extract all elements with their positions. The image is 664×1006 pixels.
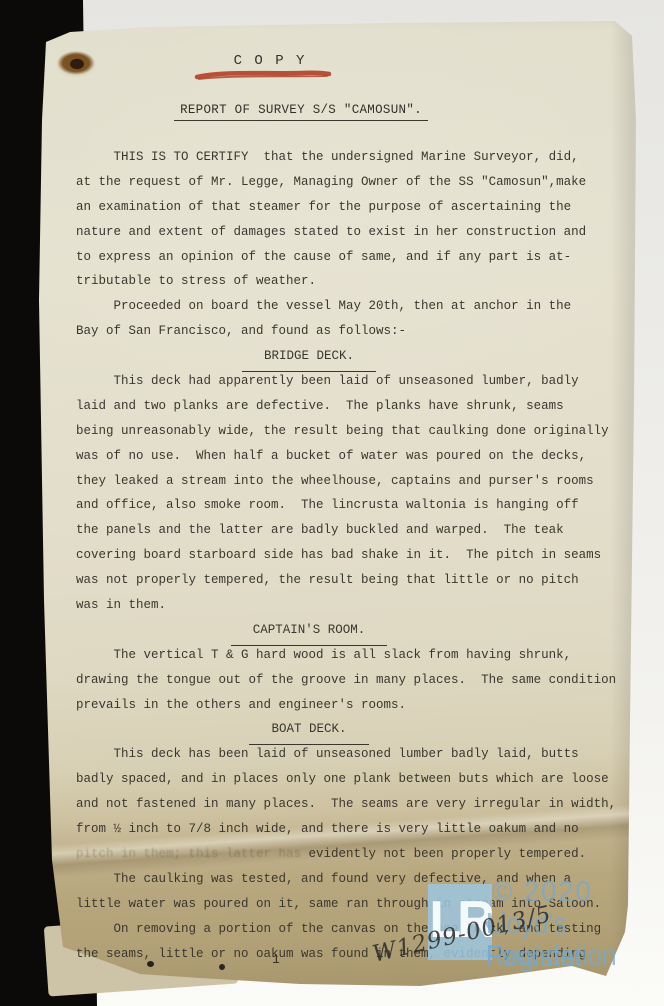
document-line: prevails in the others and engineer's ro…: [76, 693, 630, 718]
document-line: an examination of that steamer for the p…: [76, 195, 630, 220]
section-heading: CAPTAIN'S ROOM.: [231, 618, 388, 646]
ink-dot: [219, 964, 225, 970]
document-line: badly spaced, and in places only one pla…: [76, 767, 630, 792]
rusty-staple-mark: [50, 46, 102, 82]
document-line: and not fastened in many places. The sea…: [76, 792, 630, 817]
document-line: The caulking was tested, and found very …: [76, 867, 630, 892]
document-body: THIS IS TO CERTIFY that the undersigned …: [76, 145, 630, 966]
document-line: and office, also smoke room. The lincrus…: [76, 493, 630, 518]
document-line: pitch in them; this latter has evidently…: [76, 842, 630, 867]
page-number: 1: [272, 952, 280, 967]
section-heading: BRIDGE DECK.: [242, 344, 376, 372]
document-line: to express an opinion of the cause of sa…: [76, 245, 630, 270]
document-line: covering board starboard side has bad sh…: [76, 543, 630, 568]
document-line: Proceeded on board the vessel May 20th, …: [76, 294, 630, 319]
faded-text: pitch in them; this latter has: [76, 847, 309, 861]
section-heading-row: BOAT DECK.: [32, 717, 586, 742]
document-line: This deck had apparently been laid of un…: [76, 369, 630, 394]
document-line: was of no use. When half a bucket of wat…: [76, 444, 630, 469]
red-pencil-underline: [193, 68, 333, 84]
document-line: laid and two planks are defective. The p…: [76, 394, 630, 419]
document-line: This deck has been laid of unseasoned lu…: [76, 742, 630, 767]
report-title: REPORT OF SURVEY S/S "CAMOSUN".: [160, 100, 442, 121]
section-heading-row: BRIDGE DECK.: [32, 344, 586, 369]
document-line: nature and extent of damages stated to e…: [76, 220, 630, 245]
document-line: they leaked a stream into the wheelhouse…: [76, 469, 630, 494]
document-line: from ½ inch to 7/8 inch wide, and there …: [76, 817, 630, 842]
document-line: The vertical T & G hard wood is all slac…: [76, 643, 630, 668]
report-title-text: REPORT OF SURVEY S/S "CAMOSUN".: [174, 103, 428, 121]
section-heading: BOAT DECK.: [249, 717, 368, 745]
ink-dot: [147, 961, 154, 967]
document-line: the seams, little or no oakum was found …: [76, 942, 630, 967]
document-line: Bay of San Francisco, and found as follo…: [76, 319, 630, 344]
copy-stamp: C O P Y: [200, 53, 340, 69]
section-heading-row: CAPTAIN'S ROOM.: [32, 618, 586, 643]
scanned-document-page: C O P Y REPORT OF SURVEY S/S "CAMOSUN". …: [0, 0, 664, 1006]
document-line: was in them.: [76, 593, 630, 618]
document-line: was not properly tempered, the result be…: [76, 568, 630, 593]
document-line: the panels and the latter are badly buck…: [76, 518, 630, 543]
document-line: at the request of Mr. Legge, Managing Ow…: [76, 170, 630, 195]
document-line: tributable to stress of weather.: [76, 269, 630, 294]
document-line: being unreasonably wide, the result bein…: [76, 419, 630, 444]
document-line: THIS IS TO CERTIFY that the undersigned …: [76, 145, 630, 170]
document-line-text: evidently not been properly tempered.: [309, 847, 587, 861]
document-line: drawing the tongue out of the groove in …: [76, 668, 630, 693]
